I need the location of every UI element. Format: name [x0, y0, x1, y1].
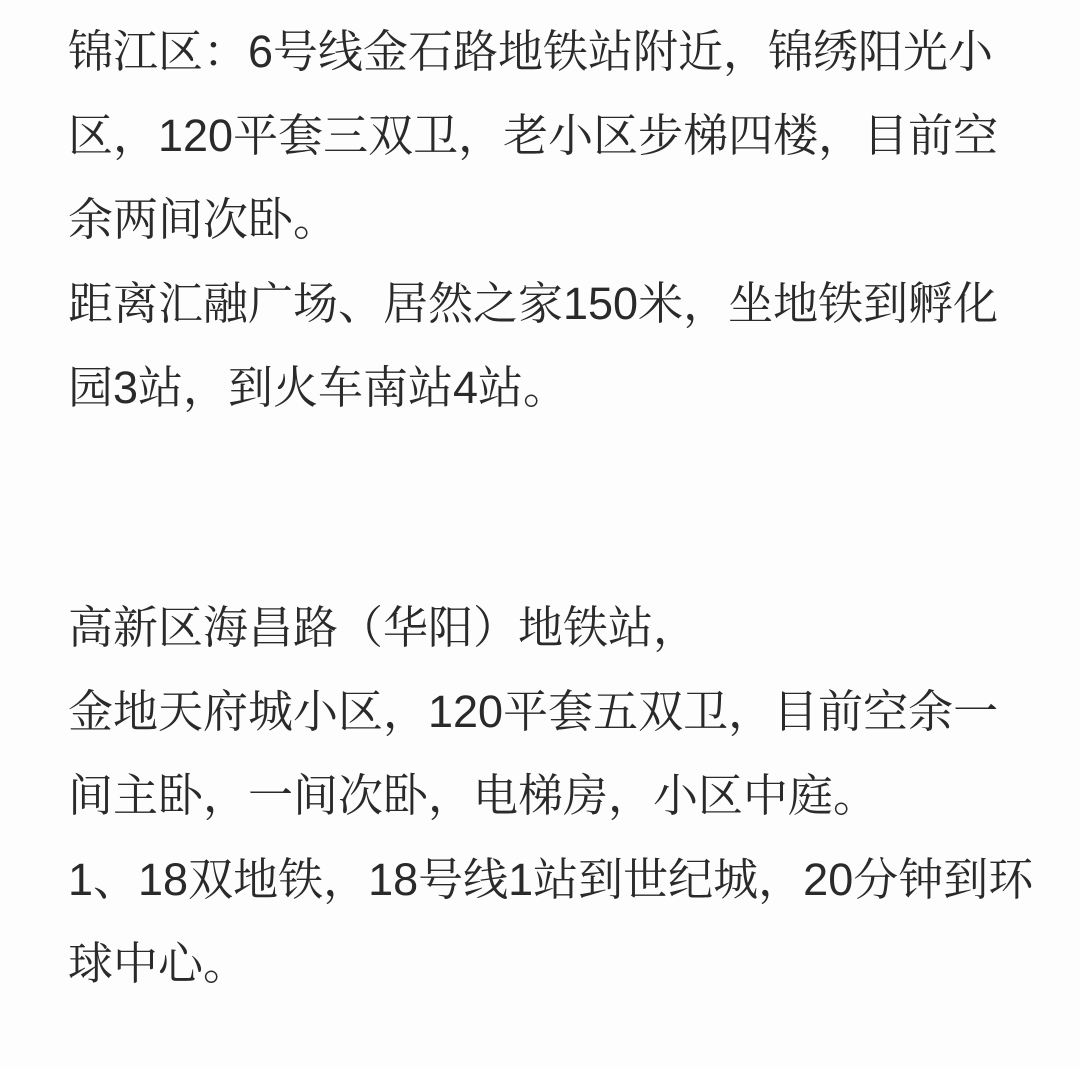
blank-line — [68, 508, 1018, 586]
blank-line — [68, 430, 1018, 508]
text-line: 园3站，到火车南站4站。 — [68, 346, 1018, 430]
text-line: 区，120平套三双卫，老小区步梯四楼，目前空 — [68, 94, 1018, 178]
text-line: 间主卧，一间次卧，电梯房，小区中庭。 — [68, 754, 1018, 838]
text-line: 锦江区：6号线金石路地铁站附近，锦绣阳光小 — [68, 10, 1018, 94]
text-document: 锦江区：6号线金石路地铁站附近，锦绣阳光小 区，120平套三双卫，老小区步梯四楼… — [0, 0, 1080, 1068]
text-line: 距离汇融广场、居然之家150米，坐地铁到孵化 — [68, 262, 1018, 346]
text-line: 1、18双地铁，18号线1站到世纪城，20分钟到环 — [68, 838, 1018, 922]
text-line: 金地天府城小区，120平套五双卫，目前空余一 — [68, 670, 1018, 754]
text-line: 高新区海昌路（华阳）地铁站， — [68, 586, 1018, 670]
text-line: 球中心。 — [68, 922, 1018, 1006]
text-line: 余两间次卧。 — [68, 178, 1018, 262]
